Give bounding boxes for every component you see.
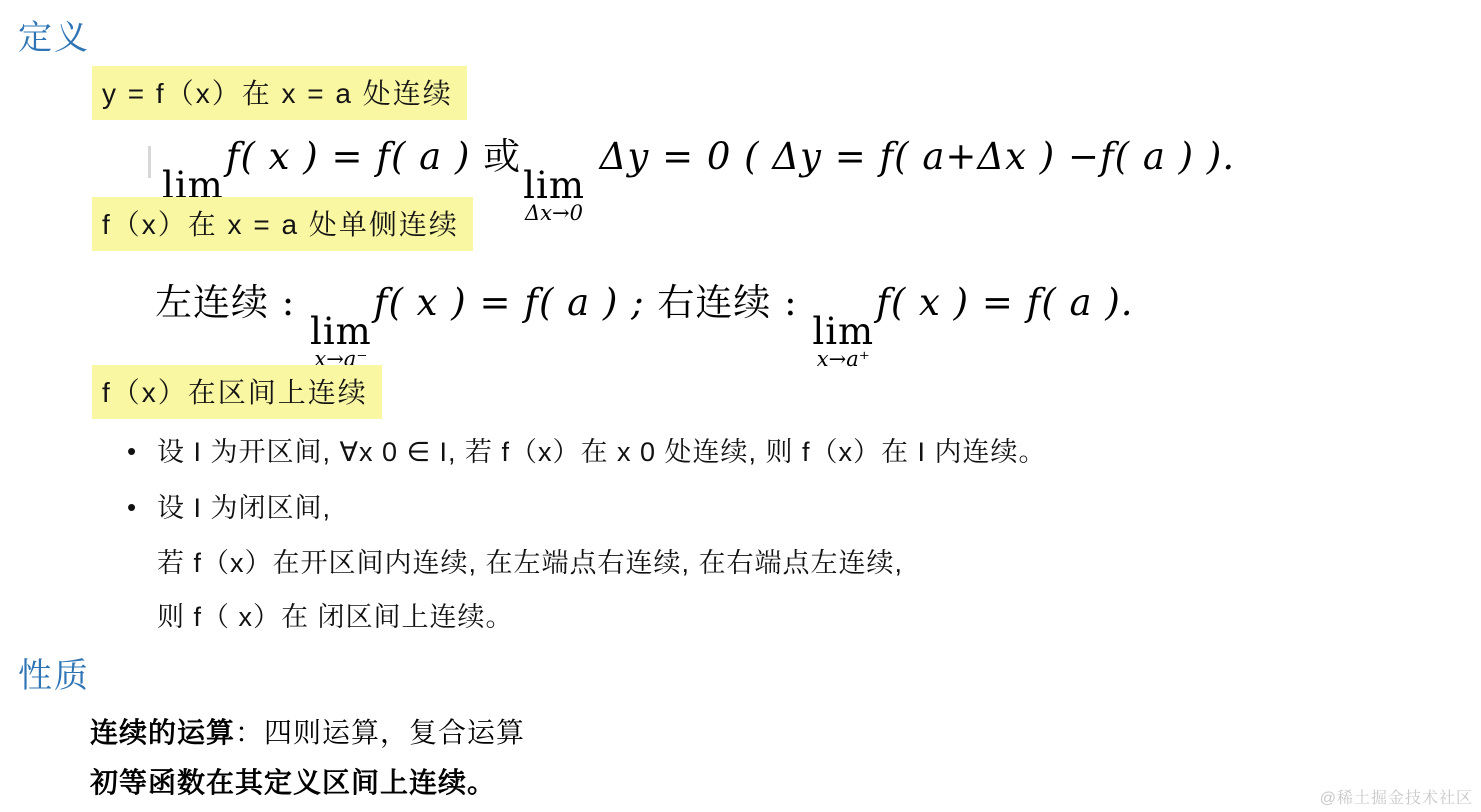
closed-interval-condition-line: 若 f（x）在开区间内连续, 在左端点右连续, 在右端点左连续, <box>157 541 903 580</box>
continuity-operations-line: 连续的运算：四则运算，复合运算 <box>90 711 525 751</box>
right-continuous-label: 右连续 : <box>657 281 810 324</box>
scan-artifact <box>148 146 151 178</box>
operations-detail: ：四则运算，复合运算 <box>235 717 525 748</box>
math-body: f( x ) = f( a ). <box>876 281 1133 324</box>
note-page: 定义 y = f（x）在 x = a 处连续 limx→af( x ) = f(… <box>0 0 1481 812</box>
highlight-interval-continuity: f（x）在区间上连续 <box>92 365 382 419</box>
bullet-icon: • <box>127 436 157 467</box>
math-body: Δy = 0 ( Δy = f( a+Δx ) −f( a ) ). <box>587 135 1235 178</box>
left-continuous-label: 左连续 : <box>155 281 308 324</box>
highlight-continuity-at-point: y = f（x）在 x = a 处连续 <box>92 66 467 120</box>
highlight-one-sided-continuity: f（x）在 x = a 处单侧连续 <box>92 197 473 251</box>
bullet-icon: • <box>127 492 157 523</box>
lim-subscript: Δx→0 <box>525 203 583 224</box>
bullet-text: 设 I 为开区间, ∀x 0 ∈ I, 若 f（x）在 x 0 处连续, 则 f… <box>157 437 1047 467</box>
math-body: f( x ) = f( a ) ; <box>374 281 658 324</box>
properties-heading: 性质 <box>18 648 90 697</box>
math-body: f( x ) = f( a ) <box>226 135 483 178</box>
lim-word: lim <box>812 313 874 350</box>
bullet-closed-interval: •设 I 为闭区间, <box>127 486 331 525</box>
bullet-open-interval: •设 I 为开区间, ∀x 0 ∈ I, 若 f（x）在 x 0 处连续, 则 … <box>127 430 1047 469</box>
elementary-functions-line: 初等函数在其定义区间上连续。 <box>90 761 496 801</box>
operations-term: 连续的运算 <box>90 717 235 748</box>
bullet-text: 设 I 为闭区间, <box>157 493 331 523</box>
limit-x-to-a-minus: limx→a⁻ <box>310 313 372 370</box>
lim-word: lim <box>310 313 372 350</box>
definition-heading: 定义 <box>18 10 90 59</box>
formula-one-sided-continuity: 左连续 : limx→a⁻f( x ) = f( a ) ; 右连续 : lim… <box>155 272 1134 370</box>
limit-dx-to-0: limΔx→0 <box>523 167 585 224</box>
limit-x-to-a-plus: limx→a⁺ <box>812 313 874 370</box>
lim-word: lim <box>523 167 585 204</box>
or-word: 或 <box>483 135 521 178</box>
watermark: @稀土掘金技术社区 <box>1320 785 1473 808</box>
lim-subscript: x→a⁺ <box>817 349 870 370</box>
closed-interval-conclusion-line: 则 f（ x）在 闭区间上连续。 <box>157 595 514 634</box>
